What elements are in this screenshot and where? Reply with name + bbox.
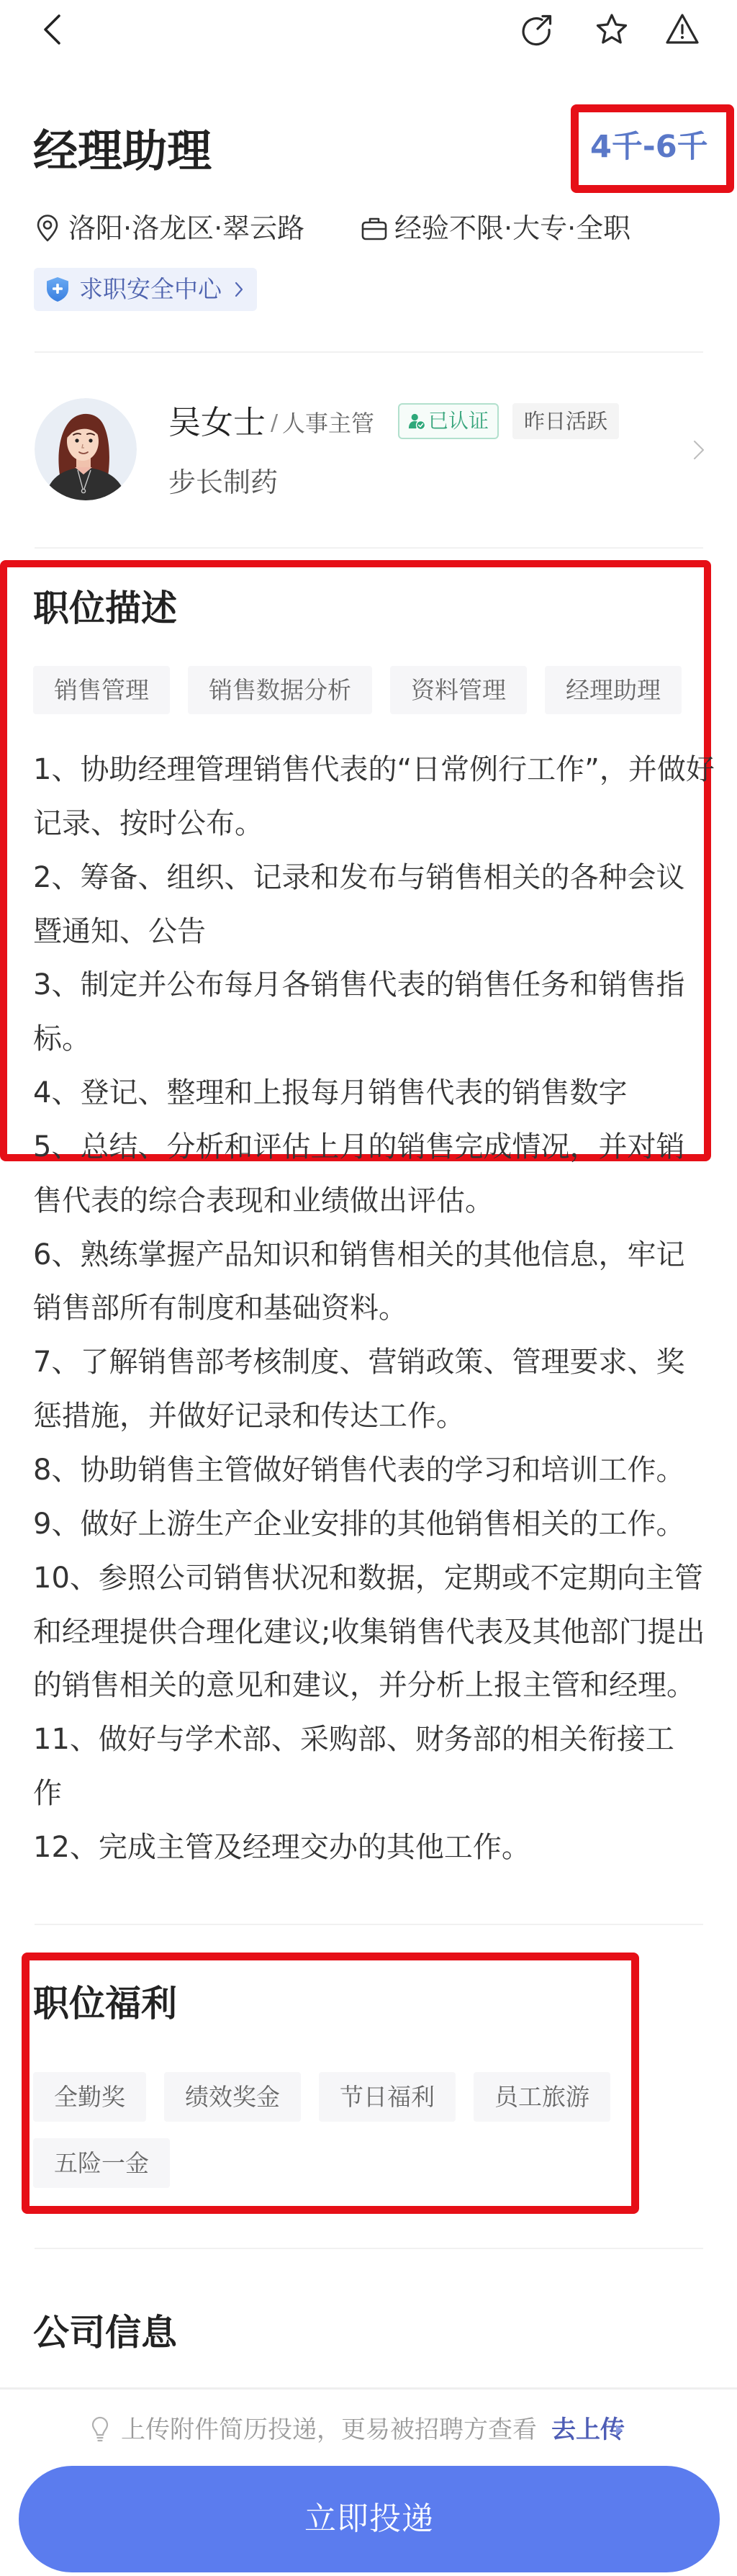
description-item: 8、协助销售主管做好销售代表的学习和培训工作。 [33, 1444, 706, 1498]
chevron-right-icon [692, 439, 705, 461]
benefit-tag: 绩效奖金 [164, 2072, 301, 2122]
benefit-tag: 全勤奖 [33, 2072, 146, 2122]
verified-label: 已认证 [428, 405, 489, 438]
description-item: 11、做好与学术部、采购部、财务部的相关衔接工 作 [33, 1713, 706, 1821]
briefcase-icon [361, 216, 387, 240]
description-line: 1、协助经理管理销售代表的“日常例行工作”，并做好 [33, 743, 706, 797]
recruiter-role: 人事主管 [282, 407, 374, 439]
company-info-title: 公司信息 [33, 2312, 177, 2353]
description-line: 9、做好上游生产企业安排的其他销售相关的工作。 [33, 1498, 706, 1552]
skill-tag: 资料管理 [390, 666, 527, 714]
description-line: 4、登记、整理和上报每月销售代表的销售数字 [33, 1066, 706, 1120]
description-item: 4、登记、整理和上报每月销售代表的销售数字 [33, 1066, 706, 1120]
description-line: 6、熟练掌握产品知识和销售相关的其他信息，牢记 [33, 1228, 706, 1282]
warning-icon [665, 12, 700, 47]
description-line: 3、制定并公布每月各销售代表的销售任务和销售指 [33, 958, 706, 1012]
verified-badge: 已认证 [398, 403, 499, 439]
activity-badge: 昨日活跃 [512, 403, 619, 439]
apply-now-button[interactable]: 立即投递 [19, 2466, 720, 2572]
skill-tag: 经理助理 [545, 666, 682, 714]
benefits-title: 职位福利 [33, 1983, 177, 2024]
description-line: 标。 [33, 1012, 706, 1066]
description-item: 1、协助经理管理销售代表的“日常例行工作”，并做好 记录、按时公布。 [33, 743, 706, 851]
description-line: 的销售相关的意见和建议，并分析上报主管和经理。 [33, 1659, 706, 1713]
job-title: 经理助理 [33, 127, 212, 176]
description-line: 5、总结、分析和评估上月的销售完成情况，并对销 [33, 1120, 706, 1174]
location-pin-icon [36, 215, 59, 242]
upload-resume-link[interactable]: 去上传 [551, 2415, 625, 2444]
recruiter-detail-button[interactable] [692, 439, 705, 461]
description-item: 12、完成主管及经理交办的其他工作。 [33, 1821, 706, 1875]
description-item: 9、做好上游生产企业安排的其他销售相关的工作。 [33, 1498, 706, 1552]
description-line: 7、了解销售部考核制度、营销政策、管理要求、奖 [33, 1336, 706, 1390]
divider [35, 351, 703, 353]
divider [35, 547, 703, 549]
description-line: 记录、按时公布。 [33, 797, 706, 851]
description-item: 6、熟练掌握产品知识和销售相关的其他信息，牢记 销售部所有制度和基础资料。 [33, 1228, 706, 1336]
safety-center-link[interactable]: 求职安全中心 [34, 268, 257, 311]
shield-icon [45, 276, 71, 302]
description-item: 3、制定并公布每月各销售代表的销售任务和销售指 标。 [33, 958, 706, 1066]
description-item: 7、了解销售部考核制度、营销政策、管理要求、奖 惩措施，并做好记录和传达工作。 [33, 1336, 706, 1444]
description-line: 12、完成主管及经理交办的其他工作。 [33, 1821, 706, 1875]
description-line: 暨通知、公告 [33, 905, 706, 959]
recruiter-company: 步长制药 [168, 467, 278, 498]
description-body: 1、协助经理管理销售代表的“日常例行工作”，并做好 记录、按时公布。 2、筹备、… [33, 743, 706, 1875]
benefit-tag: 五险一金 [33, 2138, 170, 2188]
upload-hint: 上传附件简历投递，更易被招聘方查看 [121, 2415, 537, 2444]
back-button[interactable] [37, 12, 72, 47]
description-line: 10、参照公司销售状况和数据，定期或不定期向主管 [33, 1552, 706, 1606]
benefit-tag: 员工旅游 [474, 2072, 610, 2122]
benefit-tag: 节日福利 [319, 2072, 456, 2122]
divider [35, 1924, 703, 1925]
share-icon [520, 12, 554, 47]
report-button[interactable] [665, 12, 700, 47]
job-location: 洛阳·洛龙区·翠云路 [68, 214, 304, 243]
benefit-tags: 全勤奖 绩效奖金 节日福利 员工旅游 五险一金 [33, 2072, 702, 2188]
description-line: 8、协助销售主管做好销售代表的学习和培训工作。 [33, 1444, 706, 1498]
recruiter-separator: / [271, 407, 278, 439]
description-line: 惩措施，并做好记录和传达工作。 [33, 1390, 706, 1444]
divider [35, 2248, 703, 2249]
share-button[interactable] [520, 12, 554, 47]
description-item: 5、总结、分析和评估上月的销售完成情况，并对销 售代表的综合表现和业绩做出评估。 [33, 1120, 706, 1228]
verified-user-icon [408, 413, 425, 430]
recruiter-name: 吴女士 [168, 404, 266, 441]
description-line: 作 [33, 1767, 706, 1821]
description-line: 售代表的综合表现和业绩做出评估。 [33, 1174, 706, 1228]
safety-center-label: 求职安全中心 [79, 268, 222, 311]
chevron-right-icon [234, 281, 244, 298]
description-line: 销售部所有制度和基础资料。 [33, 1282, 706, 1336]
description-line: 11、做好与学术部、采购部、财务部的相关衔接工 [33, 1713, 706, 1767]
salary: 4千-6千 [590, 129, 708, 165]
recruiter-avatar[interactable] [35, 398, 137, 500]
description-line: 2、筹备、组织、记录和发布与销售相关的各种会议 [33, 851, 706, 905]
skill-tag: 销售数据分析 [188, 666, 372, 714]
job-requirements: 经验不限·大专·全职 [394, 214, 630, 243]
favorite-button[interactable] [594, 12, 629, 47]
skill-tag: 销售管理 [33, 666, 170, 714]
description-item: 2、筹备、组织、记录和发布与销售相关的各种会议 暨通知、公告 [33, 851, 706, 959]
triangle-right-icon [615, 2424, 623, 2436]
description-item: 10、参照公司销售状况和数据，定期或不定期向主管 和经理提供合理化建议;收集销售… [33, 1552, 706, 1713]
chevron-left-icon [37, 12, 72, 47]
description-line: 和经理提供合理化建议;收集销售代表及其他部门提出 [33, 1606, 706, 1659]
star-icon [594, 12, 629, 47]
description-title: 职位描述 [33, 588, 177, 629]
lightbulb-icon [91, 2416, 109, 2444]
skill-tags: 销售管理 销售数据分析 资料管理 经理助理 [33, 666, 702, 714]
